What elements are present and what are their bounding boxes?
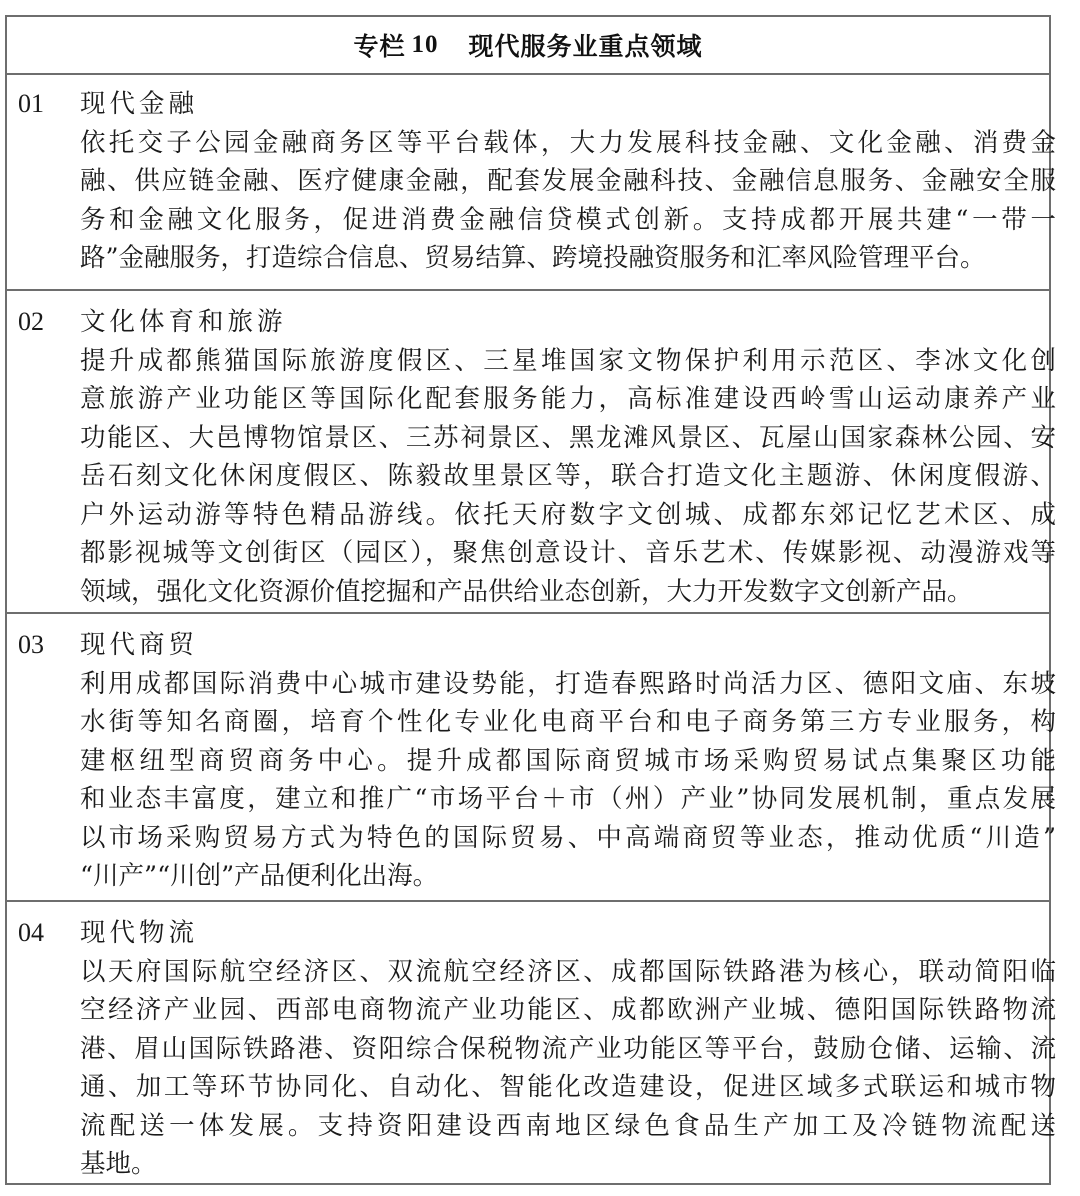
text-line: 领域，强化文化资源价值挖掘和产品供给业态创新，大力开发数字文创新产品。 (80, 573, 1056, 612)
feature-box: 专栏 10 现代服务业重点领域 01 现代金融 依托交子公园金融商务区等平台载体… (5, 15, 1051, 1185)
text-line: 功能区、大邑博物馆景区、三苏祠景区、黑龙滩风景区、瓦屋山国家森林公园、安 (80, 419, 1056, 458)
text-line: 岳石刻文化休闲度假区、陈毅故里景区等，联合打造文化主题游、休闲度假游、 (80, 457, 1056, 496)
text-line: 户外运动游等特色精品游线。依托天府数字文创城、成都东郊记忆艺术区、成 (80, 496, 1056, 535)
section-title: 文化体育和旅游 (80, 303, 1056, 342)
section-04: 04 现代物流 以天府国际航空经济区、双流航空经济区、成都国际铁路港为核心，联动… (7, 900, 1049, 1185)
section-body: 现代物流 以天府国际航空经济区、双流航空经济区、成都国际铁路港为核心，联动简阳临… (80, 914, 1056, 1184)
section-02: 02 文化体育和旅游 提升成都熊猫国际旅游度假区、三星堆国家文物保护利用示范区、… (7, 289, 1049, 612)
section-03: 03 现代商贸 利用成都国际消费中心城市建设势能，打造春熙路时尚活力区、德阳文庙… (7, 612, 1049, 900)
text-line: 都影视城等文创街区（园区），聚焦创意设计、音乐艺术、传媒影视、动漫游戏等 (80, 534, 1056, 573)
section-body: 现代金融 依托交子公园金融商务区等平台载体，大力发展科技金融、文化金融、消费金 … (80, 85, 1056, 278)
section-title: 现代物流 (80, 914, 1056, 953)
text-line: 基地。 (80, 1145, 1056, 1184)
text-line: 建枢纽型商贸商务中心。提升成都国际商贸城市场采购贸易试点集聚区功能 (80, 742, 1056, 781)
text-line: “川产”“川创”产品便利化出海。 (80, 857, 1056, 896)
text-line: 港、眉山国际铁路港、资阳综合保税物流产业功能区等平台，鼓励仓储、运输、流 (80, 1030, 1056, 1069)
text-line: 提升成都熊猫国际旅游度假区、三星堆国家文物保护利用示范区、李冰文化创 (80, 342, 1056, 381)
section-number: 02 (18, 303, 44, 342)
text-line: 空经济产业园、西部电商物流产业功能区、成都欧洲产业城、德阳国际铁路物流 (80, 991, 1056, 1030)
text-line: 路”金融服务，打造综合信息、贸易结算、跨境投融资服务和汇率风险管理平台。 (80, 239, 1056, 278)
text-line: 意旅游产业功能区等国际化配套服务能力，高标准建设西岭雪山运动康养产业 (80, 380, 1056, 419)
section-number: 01 (18, 85, 44, 124)
header-prefix: 专栏 (353, 27, 405, 63)
text-line: 依托交子公园金融商务区等平台载体，大力发展科技金融、文化金融、消费金 (80, 124, 1056, 163)
section-body: 文化体育和旅游 提升成都熊猫国际旅游度假区、三星堆国家文物保护利用示范区、李冰文… (80, 303, 1056, 611)
text-line: 流配送一体发展。支持资阳建设西南地区绿色食品生产加工及冷链物流配送 (80, 1107, 1056, 1146)
section-01: 01 现代金融 依托交子公园金融商务区等平台载体，大力发展科技金融、文化金融、消… (7, 73, 1049, 289)
box-header: 专栏 10 现代服务业重点领域 (7, 17, 1049, 75)
text-line: 务和金融文化服务，促进消费金融信贷模式创新。支持成都开展共建“一带一 (80, 201, 1056, 240)
header-number: 10 (412, 31, 439, 59)
text-line: 利用成都国际消费中心城市建设势能，打造春熙路时尚活力区、德阳文庙、东坡 (80, 665, 1056, 704)
section-body: 现代商贸 利用成都国际消费中心城市建设势能，打造春熙路时尚活力区、德阳文庙、东坡… (80, 626, 1056, 896)
text-line: 以天府国际航空经济区、双流航空经济区、成都国际铁路港为核心，联动简阳临 (80, 953, 1056, 992)
section-title: 现代金融 (80, 85, 1056, 124)
text-line: 通、加工等环节协同化、自动化、智能化改造建设，促进区域多式联运和城市物 (80, 1068, 1056, 1107)
text-line: 以市场采购贸易方式为特色的国际贸易、中高端商贸等业态，推动优质“川造” (80, 819, 1056, 858)
section-number: 03 (18, 626, 44, 665)
section-title: 现代商贸 (80, 626, 1056, 665)
text-line: 水街等知名商圈，培育个性化专业化电商平台和电子商务第三方专业服务，构 (80, 703, 1056, 742)
header-title: 现代服务业重点领域 (469, 27, 703, 63)
text-line: 融、供应链金融、医疗健康金融，配套发展金融科技、金融信息服务、金融安全服 (80, 162, 1056, 201)
section-number: 04 (18, 914, 44, 953)
text-line: 和业态丰富度，建立和推广“市场平台＋市（州）产业”协同发展机制，重点发展 (80, 780, 1056, 819)
